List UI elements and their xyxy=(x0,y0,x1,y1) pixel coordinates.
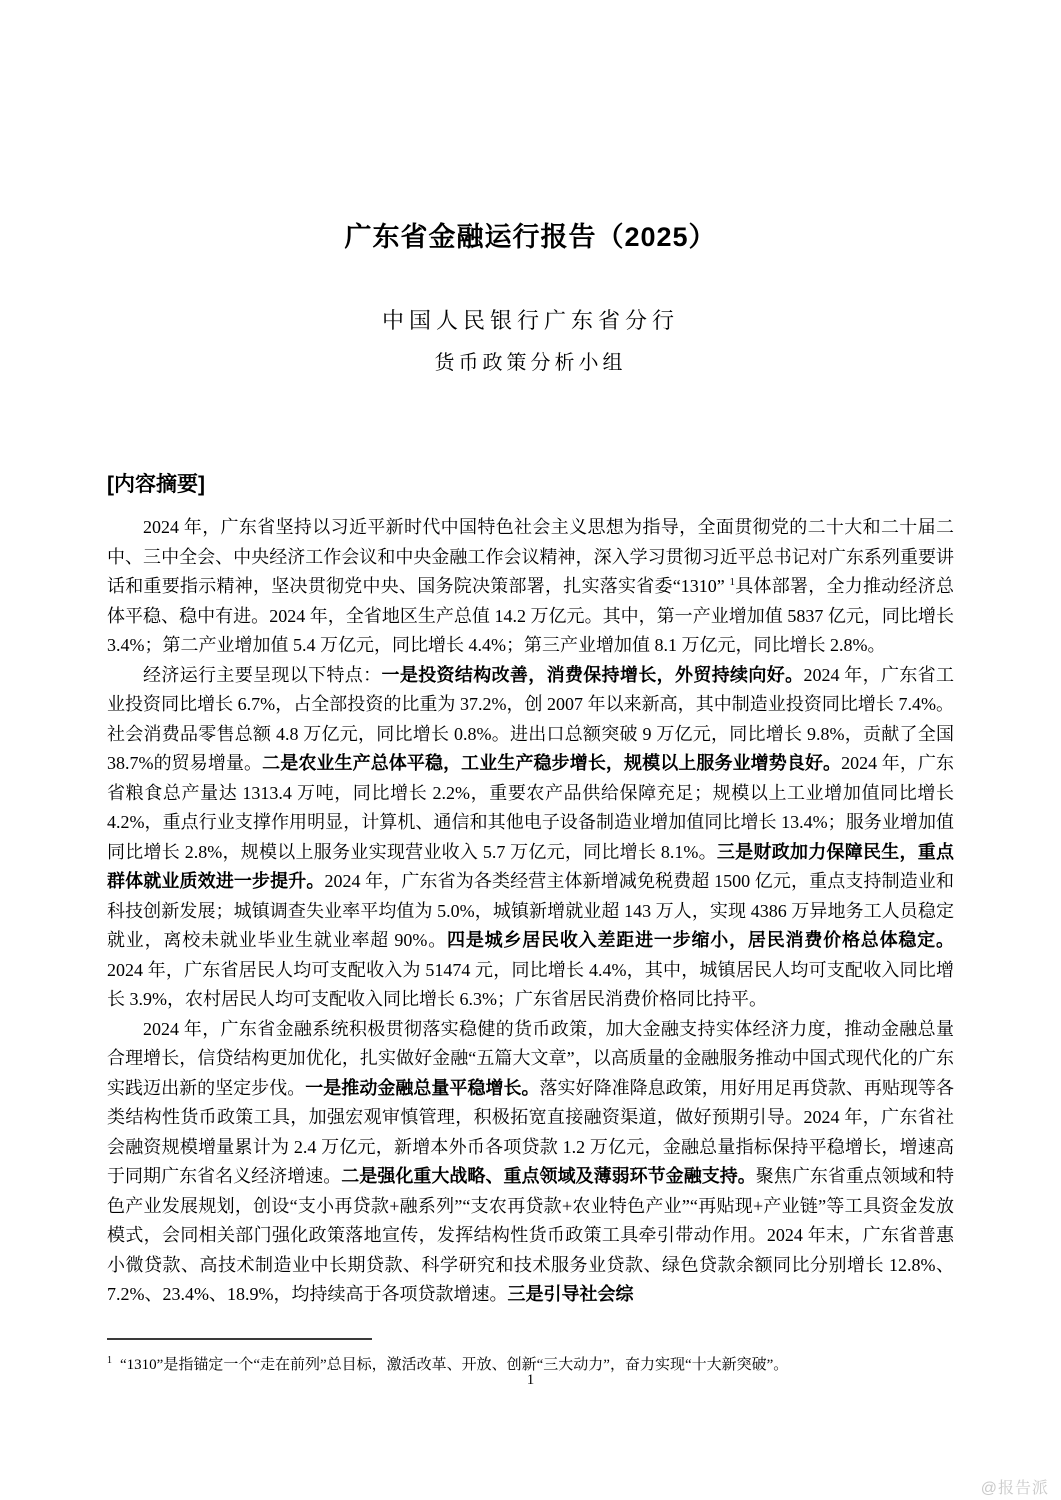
footnote-divider xyxy=(107,1338,372,1340)
emphasis-text: 一是推动金融总量平稳增长。 xyxy=(305,1078,539,1098)
emphasis-text: 三是引导社会综 xyxy=(507,1284,633,1304)
emphasis-text: 二是强化重大战略、重点领域及薄弱环节金融支持。 xyxy=(341,1166,756,1186)
body-text: 经济运行主要呈现以下特点： xyxy=(143,665,382,685)
emphasis-text: 一是投资结构改善，消费保持增长，外贸持续向好。 xyxy=(382,665,804,685)
issuing-organization: 中国人民银行广东省分行 xyxy=(107,308,954,334)
page-content: 广东省金融运行报告（2025） 中国人民银行广东省分行 货币政策分析小组 [内容… xyxy=(0,0,1061,1310)
report-title: 广东省金融运行报告（2025） xyxy=(107,0,954,254)
paragraph: 2024 年，广东省金融系统积极贯彻落实稳健的货币政策，加大金融支持实体经济力度… xyxy=(107,1015,954,1310)
paragraph: 2024 年，广东省坚持以习近平新时代中国特色社会主义思想为指导，全面贯彻党的二… xyxy=(107,513,954,661)
abstract-heading: [内容摘要] xyxy=(107,472,954,498)
watermark: @报告派 xyxy=(981,1475,1049,1498)
page-number: 1 xyxy=(0,1372,1061,1389)
analysis-team: 货币政策分析小组 xyxy=(107,351,954,375)
abstract-paragraphs: 2024 年，广东省坚持以习近平新时代中国特色社会主义思想为指导，全面贯彻党的二… xyxy=(107,513,954,1310)
footnote-text: “1310”是指锚定一个“走在前列”总目标，激活改革、开放、创新“三大动力”，奋… xyxy=(120,1357,788,1373)
emphasis-text: 二是农业生产总体平稳，工业生产稳步增长，规模以上服务业增势良好。 xyxy=(262,753,841,773)
paragraph: 经济运行主要呈现以下特点：一是投资结构改善，消费保持增长，外贸持续向好。2024… xyxy=(107,661,954,1015)
body-text: 2024 年，广东省居民人均可支配收入为 51474 元，同比增长 4.4%，其… xyxy=(107,960,954,1010)
report-page: 广东省金融运行报告（2025） 中国人民银行广东省分行 货币政策分析小组 [内容… xyxy=(0,0,1061,1500)
emphasis-text: 四是城乡居民收入差距进一步缩小，居民消费价格总体稳定。 xyxy=(447,930,954,950)
footnote-marker: 1 xyxy=(107,1355,112,1366)
